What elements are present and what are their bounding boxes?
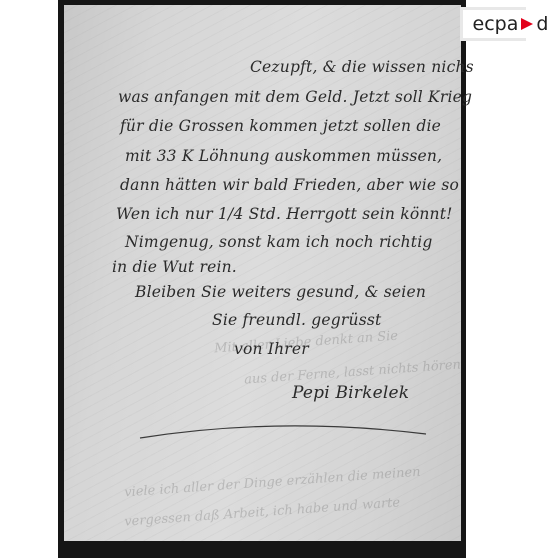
ecpad-logo: ecpa d bbox=[463, 10, 558, 38]
letter-line-4: mit 33 K Löhnung auskommen müssen, bbox=[125, 147, 442, 165]
logo-text-left: ecpa bbox=[473, 13, 519, 35]
flourish-underline bbox=[138, 412, 428, 472]
letter-line-5: dann hätten wir bald Frieden, aber wie s… bbox=[120, 176, 459, 194]
letter-line-2: was anfangen mit dem Geld. Jetzt soll Kr… bbox=[118, 88, 472, 106]
bleed-through-text: vergessen daß Arbeit, ich habe und warte bbox=[124, 495, 401, 529]
closing-line-3: von Ihrer bbox=[234, 340, 309, 358]
signature: Pepi Birkelek bbox=[292, 383, 409, 403]
letter-line-7: Nimgenug, sonst kam ich noch richtig bbox=[125, 233, 432, 251]
letter-line-8: in die Wut rein. bbox=[112, 258, 237, 276]
closing-line-2: Sie freundl. gegrüsst bbox=[212, 311, 381, 329]
play-triangle-icon bbox=[521, 18, 533, 30]
torn-bottom-edge bbox=[64, 541, 461, 549]
letter-line-1: Cezupft, & die wissen nichs bbox=[250, 58, 474, 76]
letter-line-3: für die Grossen kommen jetzt sollen die bbox=[120, 117, 441, 135]
logo-text-right: d bbox=[536, 13, 548, 35]
closing-line-1: Bleiben Sie weiters gesund, & seien bbox=[135, 283, 426, 301]
letter-line-6: Wen ich nur 1/4 Std. Herrgott sein könnt… bbox=[116, 205, 453, 223]
